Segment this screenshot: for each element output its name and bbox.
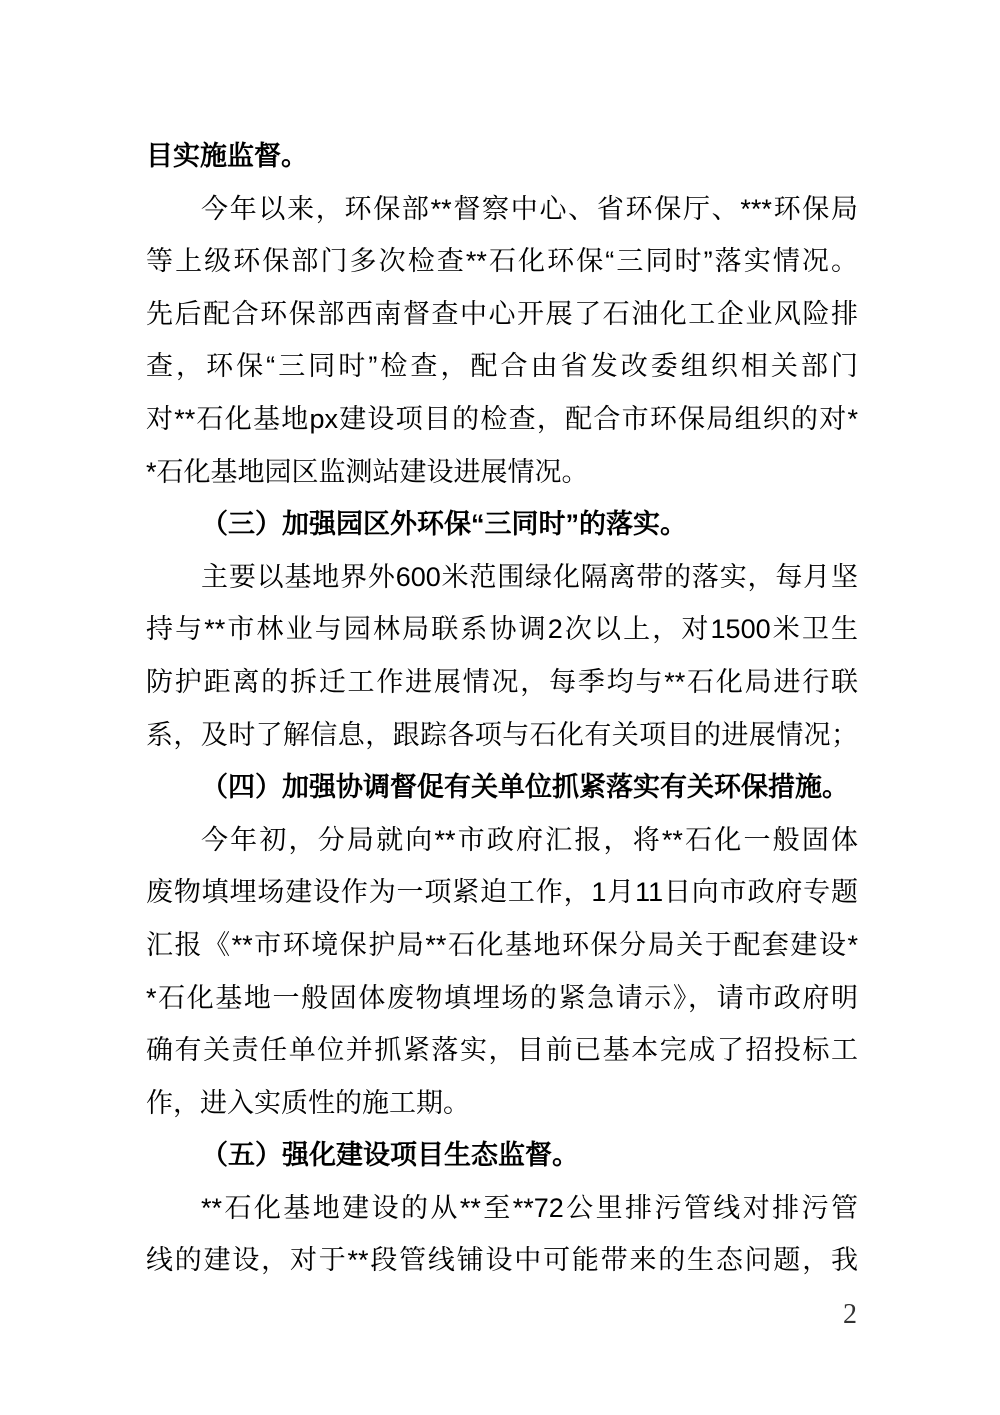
body-text-line: 系，及时了解信息，跟踪各项与石化有关项目的进展情况； (146, 709, 858, 762)
section-heading-four: （四）加强协调督促有关单位抓紧落实有关环保措施。 (146, 761, 858, 814)
body-text-line: 先后配合环保部西南督查中心开展了石油化工企业风险排 (146, 288, 858, 341)
body-text-line: 汇报《**市环境保护局**石化基地环保分局关于配套建设* (146, 919, 858, 972)
body-text-line: 等上级环保部门多次检查**石化环保“三同时”落实情况。 (146, 235, 858, 288)
section-heading-three: （三）加强园区外环保“三同时”的落实。 (146, 498, 858, 551)
body-text-line: *石化基地园区监测站建设进展情况。 (146, 446, 858, 499)
document-page: 目实施监督。 今年以来，环保部**督察中心、省环保厅、***环保局 等上级环保部… (0, 0, 1000, 1415)
document-body: 目实施监督。 今年以来，环保部**督察中心、省环保厅、***环保局 等上级环保部… (146, 130, 858, 1287)
body-text-line: 持与**市林业与园林局联系协调2次以上，对1500米卫生 (146, 603, 858, 656)
heading-continuation-line: 目实施监督。 (146, 130, 858, 183)
body-text-line: 主要以基地界外600米范围绿化隔离带的落实，每月坚 (146, 551, 858, 604)
body-text-line: *石化基地一般固体废物填埋场的紧急请示》，请市政府明 (146, 972, 858, 1025)
body-text-line: 对**石化基地px建设项目的检查，配合市环保局组织的对* (146, 393, 858, 446)
body-text-line: **石化基地建设的从**至**72公里排污管线对排污管 (146, 1182, 858, 1235)
page-number: 2 (828, 1298, 872, 1332)
body-text-line: 线的建设，对于**段管线铺设中可能带来的生态问题，我 (146, 1234, 858, 1287)
body-text-line: 今年以来，环保部**督察中心、省环保厅、***环保局 (146, 183, 858, 236)
body-text-line: 防护距离的拆迁工作进展情况，每季均与**石化局进行联 (146, 656, 858, 709)
body-text-line: 废物填埋场建设作为一项紧迫工作，1月11日向市政府专题 (146, 866, 858, 919)
body-text-line: 确有关责任单位并抓紧落实，目前已基本完成了招投标工 (146, 1024, 858, 1077)
body-text-line: 今年初，分局就向**市政府汇报，将**石化一般固体 (146, 814, 858, 867)
body-text-line: 查，环保“三同时”检查，配合由省发改委组织相关部门 (146, 340, 858, 393)
section-heading-five: （五）强化建设项目生态监督。 (146, 1129, 858, 1182)
body-text-line: 作，进入实质性的施工期。 (146, 1077, 858, 1130)
